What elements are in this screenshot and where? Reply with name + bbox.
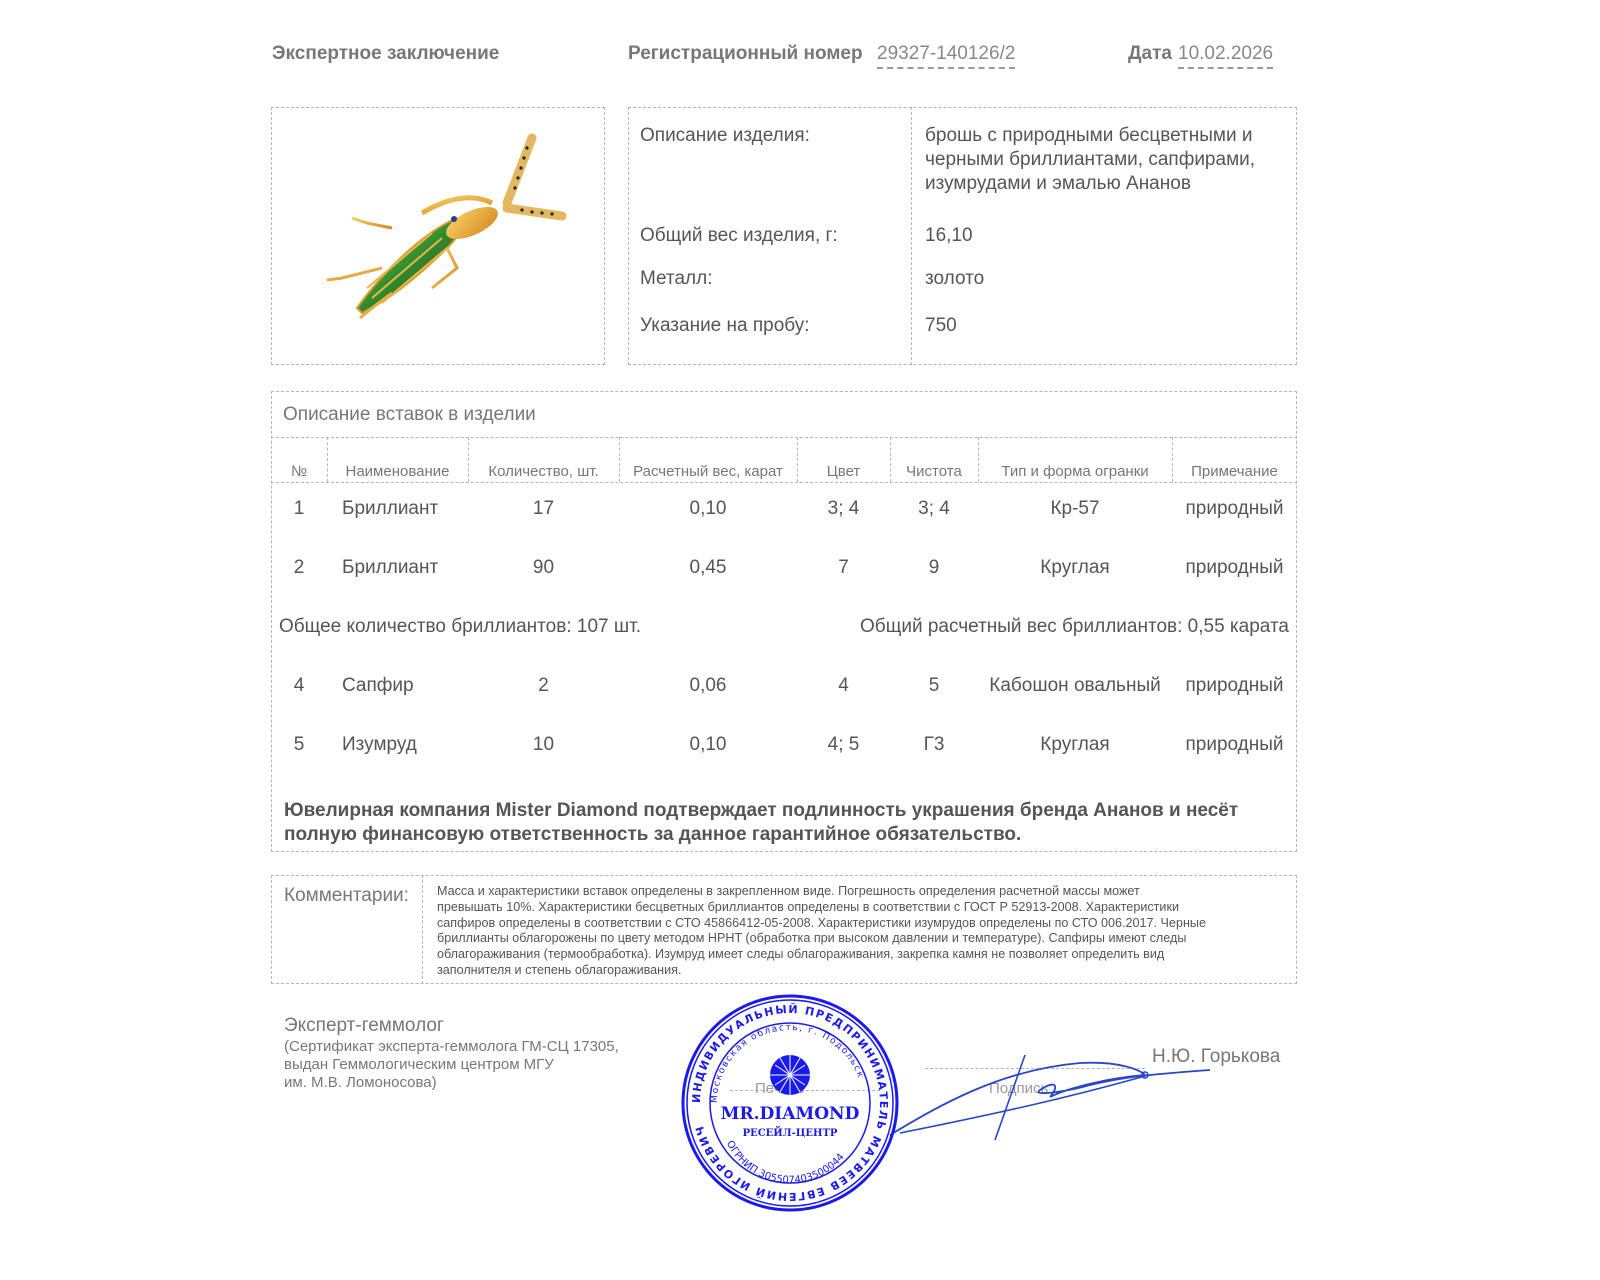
table-cell: 5 bbox=[890, 675, 978, 697]
table-cell: 0,45 bbox=[619, 557, 797, 579]
comments-text: Масса и характеристики вставок определен… bbox=[437, 884, 1206, 979]
hallmark-label: Указание на пробу: bbox=[640, 314, 810, 338]
table-cell: Бриллиант bbox=[342, 498, 472, 520]
comment-line: Масса и характеристики вставок определен… bbox=[437, 884, 1206, 900]
comment-line: бриллианты облагорожены по цвету методом… bbox=[437, 931, 1206, 947]
table-cell: 4 bbox=[797, 675, 890, 697]
comment-line: превышать 10%. Характеристики бесцветных… bbox=[437, 900, 1206, 916]
guarantee-line: полную финансовую ответственность за дан… bbox=[284, 823, 1238, 847]
table-cell: 1 bbox=[271, 498, 327, 520]
col-header-note: Примечание bbox=[1172, 463, 1297, 480]
table-cell: Сапфир bbox=[342, 675, 472, 697]
table-cell: 5 bbox=[271, 734, 327, 756]
table-cell: 0,10 bbox=[619, 498, 797, 520]
col-header-number: № bbox=[271, 463, 327, 480]
weight-label: Общий вес изделия, г: bbox=[640, 224, 838, 248]
table-cell: 4 bbox=[271, 675, 327, 697]
table-cell: Кабошон овальный bbox=[978, 675, 1172, 697]
cert-line: выдан Геммологическим центром МГУ bbox=[284, 1056, 619, 1074]
table-cell: 3; 4 bbox=[797, 498, 890, 520]
col-header-weight: Расчетный вес, карат bbox=[619, 463, 797, 480]
comments-label: Комментарии: bbox=[284, 885, 409, 907]
table-cell: 3; 4 bbox=[890, 498, 978, 520]
expert-title: Эксперт-геммолог bbox=[284, 1015, 444, 1037]
guarantee-line: Ювелирная компания Mister Diamond подтве… bbox=[284, 799, 1238, 823]
col-header-cut: Тип и форма огранки bbox=[978, 463, 1172, 480]
table-cell: 7 bbox=[797, 557, 890, 579]
metal-value: золото bbox=[925, 267, 984, 291]
table-cell: Круглая bbox=[978, 734, 1172, 756]
date-label: Дата bbox=[1128, 43, 1172, 65]
table-cell: природный bbox=[1172, 734, 1297, 756]
description-divider bbox=[911, 107, 912, 365]
stamp-brand: MR.DIAMOND bbox=[721, 1104, 860, 1124]
table-cell: природный bbox=[1172, 498, 1297, 520]
inserts-title: Описание вставок в изделии bbox=[283, 404, 536, 426]
total-count: Общее количество бриллиантов: 107 шт. bbox=[279, 616, 641, 638]
company-stamp: ИНДИВИДУАЛЬНЫЙ ПРЕДПРИНИМАТЕЛЬ МАТВЕЕВ Е… bbox=[680, 993, 900, 1213]
table-cell: природный bbox=[1172, 675, 1297, 697]
signature bbox=[880, 1045, 1220, 1145]
comment-line: заполнителя и степень облагораживания. bbox=[437, 963, 1206, 979]
table-cell: 9 bbox=[890, 557, 978, 579]
reg-number-label: Регистрационный номер bbox=[628, 43, 863, 65]
table-cell: 4; 5 bbox=[797, 734, 890, 756]
col-header-color: Цвет bbox=[797, 463, 890, 480]
product-image-box bbox=[271, 107, 605, 365]
cert-line: (Сертификат эксперта-геммолога ГМ-СЦ 173… bbox=[284, 1038, 619, 1056]
comment-line: сапфиров определены в соответствии с СТО… bbox=[437, 916, 1206, 932]
comments-divider bbox=[422, 875, 423, 984]
table-cell: природный bbox=[1172, 557, 1297, 579]
table-cell: 90 bbox=[468, 557, 619, 579]
date-value: 10.02.2026 bbox=[1178, 43, 1273, 69]
table-cell: 2 bbox=[468, 675, 619, 697]
comment-line: облагораживания (термообработка). Изумру… bbox=[437, 947, 1206, 963]
table-cell: 10 bbox=[468, 734, 619, 756]
table-cell: Круглая bbox=[978, 557, 1172, 579]
total-weight: Общий расчетный вес бриллиантов: 0,55 ка… bbox=[860, 616, 1289, 638]
table-header-top-line bbox=[271, 437, 1297, 438]
metal-label: Металл: bbox=[640, 267, 712, 291]
table-cell: 0,06 bbox=[619, 675, 797, 697]
brooch-image bbox=[272, 108, 603, 363]
col-header-clarity: Чистота bbox=[890, 463, 978, 480]
hallmark-value: 750 bbox=[925, 314, 957, 338]
description-label: Описание изделия: bbox=[640, 124, 810, 148]
col-header-quantity: Количество, шт. bbox=[468, 463, 619, 480]
diamond-icon bbox=[770, 1055, 810, 1095]
table-cell: Кр-57 bbox=[978, 498, 1172, 520]
table-cell: Бриллиант bbox=[342, 557, 472, 579]
weight-value: 16,10 bbox=[925, 224, 973, 248]
reg-number-value: 29327-140126/2 bbox=[877, 43, 1015, 69]
stamp-subtitle: РЕСЕЙЛ-ЦЕНТР bbox=[743, 1126, 838, 1139]
description-value: брошь с природными бесцветными и черными… bbox=[925, 124, 1285, 196]
col-header-name: Наименование bbox=[327, 463, 468, 480]
table-cell: Г3 bbox=[890, 734, 978, 756]
table-cell: 2 bbox=[271, 557, 327, 579]
table-cell: 17 bbox=[468, 498, 619, 520]
document-title: Экспертное заключение bbox=[272, 43, 499, 65]
table-cell: Изумруд bbox=[342, 734, 472, 756]
table-cell: 0,10 bbox=[619, 734, 797, 756]
guarantee-statement: Ювелирная компания Mister Diamond подтве… bbox=[284, 799, 1238, 847]
table-header-bottom-line bbox=[271, 482, 1297, 483]
cert-line: им. М.В. Ломоносова) bbox=[284, 1074, 619, 1092]
expert-certificate: (Сертификат эксперта-геммолога ГМ-СЦ 173… bbox=[284, 1038, 619, 1092]
